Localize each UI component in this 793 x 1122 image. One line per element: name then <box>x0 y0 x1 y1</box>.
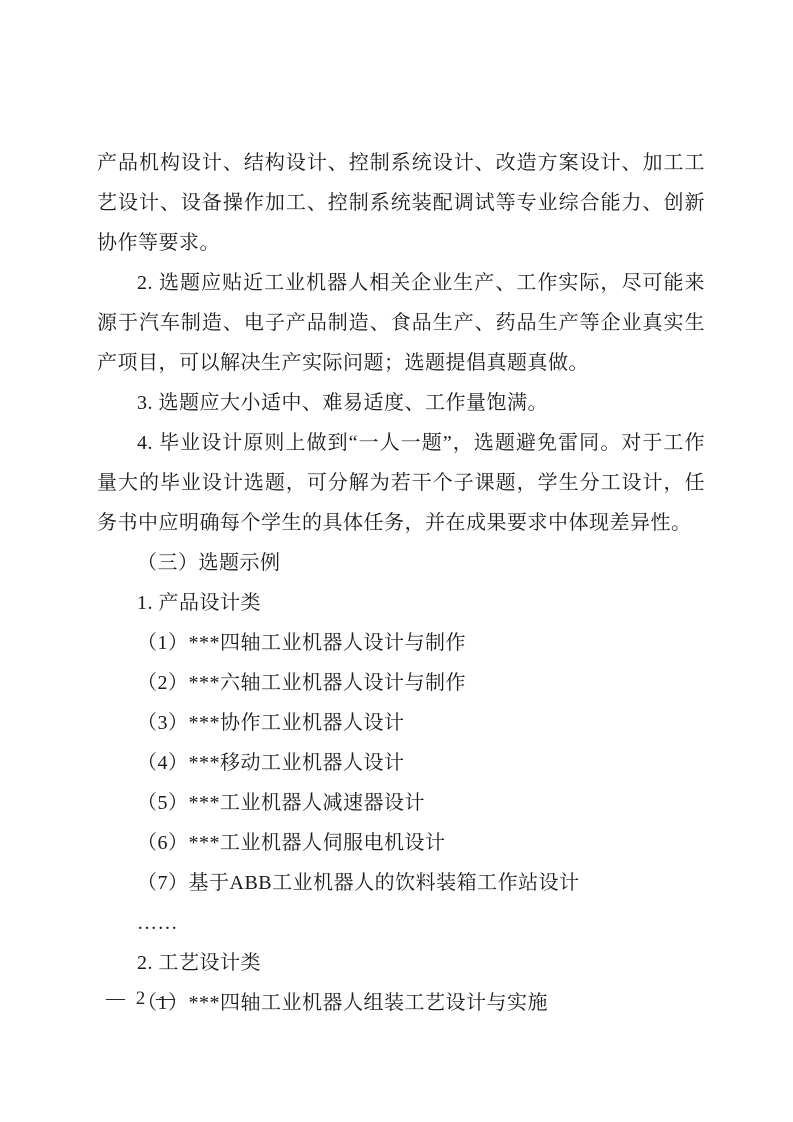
paragraph: （1）***四轴工业机器人设计与制作 <box>97 623 705 663</box>
paragraph: （5）***工业机器人减速器设计 <box>97 783 705 823</box>
paragraph: 3. 选题应大小适中、难易适度、工作量饱满。 <box>97 383 705 423</box>
document-page: 产品机构设计、结构设计、控制系统设计、改造方案设计、加工工艺设计、设备操作加工、… <box>0 0 793 1122</box>
document-body: 产品机构设计、结构设计、控制系统设计、改造方案设计、加工工艺设计、设备操作加工、… <box>97 143 705 1023</box>
paragraph: （三）选题示例 <box>97 543 705 583</box>
paragraph: （1）***四轴工业机器人组装工艺设计与实施 <box>97 983 705 1023</box>
paragraph: 2. 选题应贴近工业机器人相关企业生产、工作实际，尽可能来源于汽车制造、电子产品… <box>97 263 705 383</box>
paragraph: 2. 工艺设计类 <box>97 943 705 983</box>
paragraph: （7）基于ABB工业机器人的饮料装箱工作站设计 <box>97 863 705 903</box>
paragraph: （6）***工业机器人伺服电机设计 <box>97 823 705 863</box>
paragraph: （2）***六轴工业机器人设计与制作 <box>97 663 705 703</box>
paragraph: （3）***协作工业机器人设计 <box>97 703 705 743</box>
paragraph: 产品机构设计、结构设计、控制系统设计、改造方案设计、加工工艺设计、设备操作加工、… <box>97 143 705 263</box>
page-number: — 2 — <box>106 988 178 1010</box>
paragraph: …… <box>97 903 705 943</box>
paragraph: 1. 产品设计类 <box>97 583 705 623</box>
paragraph: 4. 毕业设计原则上做到“一人一题”，选题避免雷同。对于工作量大的毕业设计选题，… <box>97 423 705 543</box>
paragraph: （4）***移动工业机器人设计 <box>97 743 705 783</box>
